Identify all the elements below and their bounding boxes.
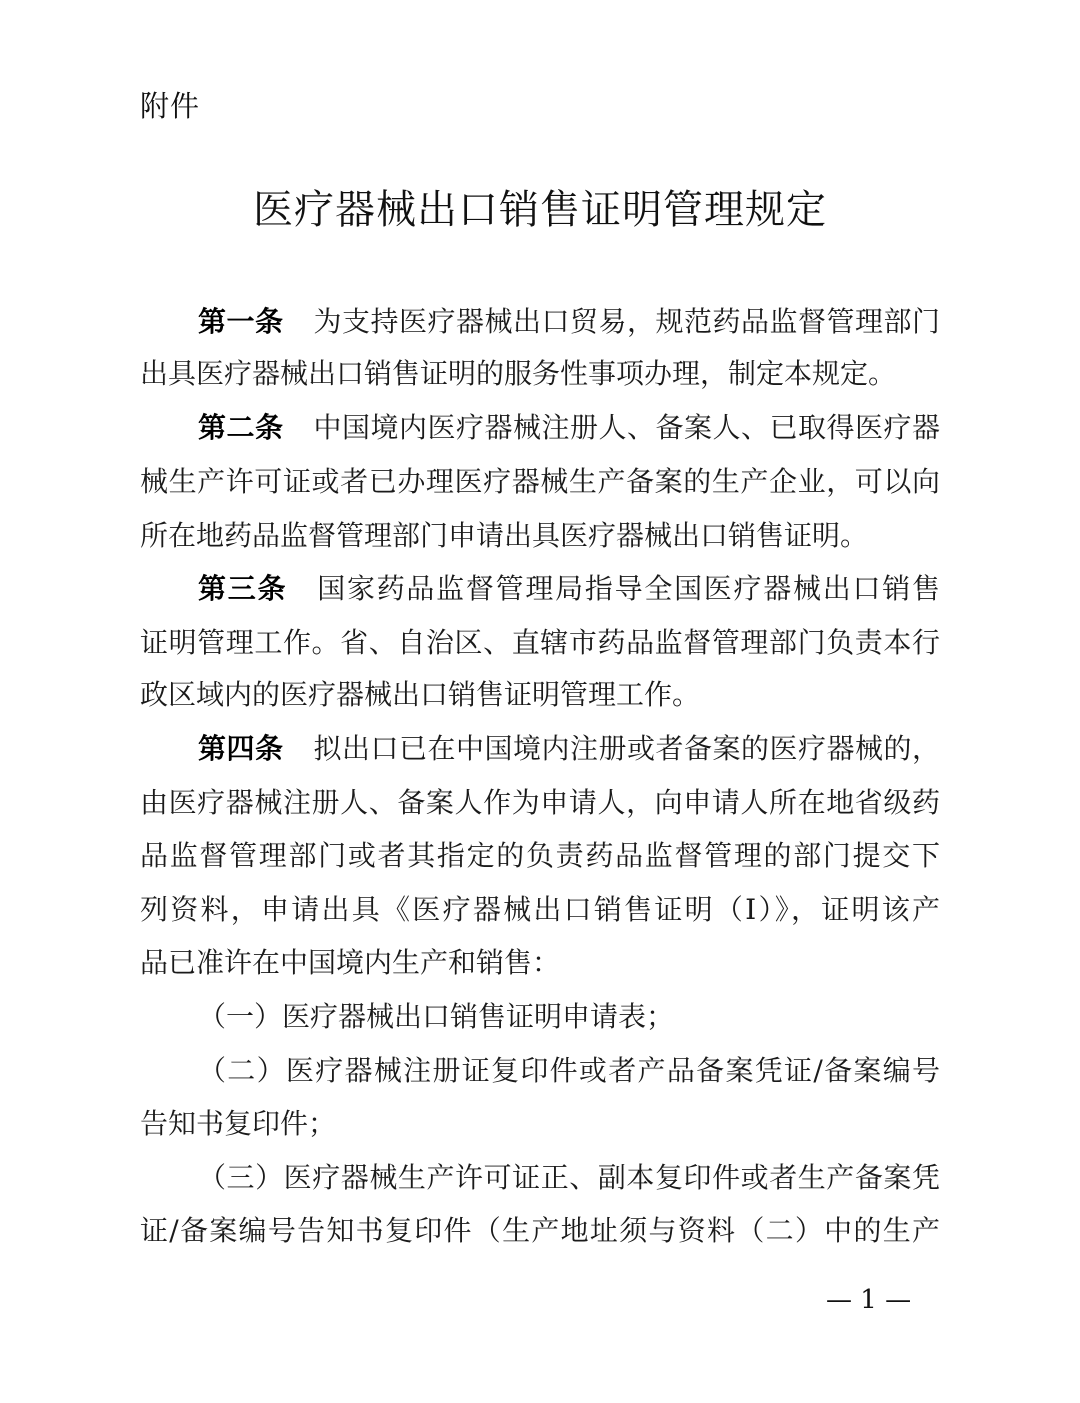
- article-text: 国家药品监督管理局指导全国医疗器械出口销售: [317, 572, 940, 605]
- article-text: 中国境内医疗器械注册人、备案人、已取得医疗器: [314, 411, 940, 444]
- article-line: 械生产许可证或者已办理医疗器械生产备案的生产企业，可以向: [140, 456, 940, 508]
- article-line: 第三条国家药品监督管理局指导全国医疗器械出口销售: [198, 563, 940, 615]
- item-line: 证/备案编号告知书复印件（生产地址须与资料（二）中的生产: [140, 1205, 940, 1257]
- article-line: 证明管理工作。省、自治区、直辖市药品监督管理部门负责本行: [140, 617, 940, 669]
- item-line: （一）医疗器械出口销售证明申请表；: [198, 991, 940, 1043]
- document-page: 附件 医疗器械出口销售证明管理规定 第一条为支持医疗器械出口贸易，规范药品监督管…: [0, 0, 1080, 1403]
- article-number: 第二条: [198, 411, 284, 444]
- article-number: 第三条: [198, 572, 287, 605]
- article-number: 第一条: [198, 305, 284, 338]
- article-line: 第二条中国境内医疗器械注册人、备案人、已取得医疗器: [198, 402, 940, 454]
- article-line: 品监督管理部门或者其指定的负责药品监督管理的部门提交下: [140, 830, 940, 882]
- item-line: （二）医疗器械注册证复印件或者产品备案凭证/备案编号: [198, 1045, 940, 1097]
- page-number: — 1 —: [826, 1282, 911, 1318]
- article-line: 由医疗器械注册人、备案人作为申请人，向申请人所在地省级药: [140, 777, 940, 829]
- article-line: 第四条拟出口已在中国境内注册或者备案的医疗器械的，: [198, 723, 940, 775]
- article-line: 列资料，申请出具《医疗器械出口销售证明（I）》，证明该产: [140, 884, 940, 936]
- item-line: 告知书复印件；: [140, 1098, 940, 1150]
- article-line: 出具医疗器械出口销售证明的服务性事项办理，制定本规定。: [140, 348, 940, 400]
- article-number: 第四条: [198, 732, 284, 765]
- article-text: 为支持医疗器械出口贸易，规范药品监督管理部门: [314, 305, 940, 338]
- article-line: 政区域内的医疗器械出口销售证明管理工作。: [140, 669, 940, 721]
- attachment-label: 附件: [140, 86, 200, 126]
- item-line: （三）医疗器械生产许可证正、副本复印件或者生产备案凭: [198, 1152, 940, 1204]
- document-title: 医疗器械出口销售证明管理规定: [0, 182, 1080, 238]
- article-text: 拟出口已在中国境内注册或者备案的医疗器械的，: [314, 732, 940, 765]
- article-line: 第一条为支持医疗器械出口贸易，规范药品监督管理部门: [198, 296, 940, 348]
- article-line: 品已准许在中国境内生产和销售：: [140, 937, 940, 989]
- article-line: 所在地药品监督管理部门申请出具医疗器械出口销售证明。: [140, 510, 940, 562]
